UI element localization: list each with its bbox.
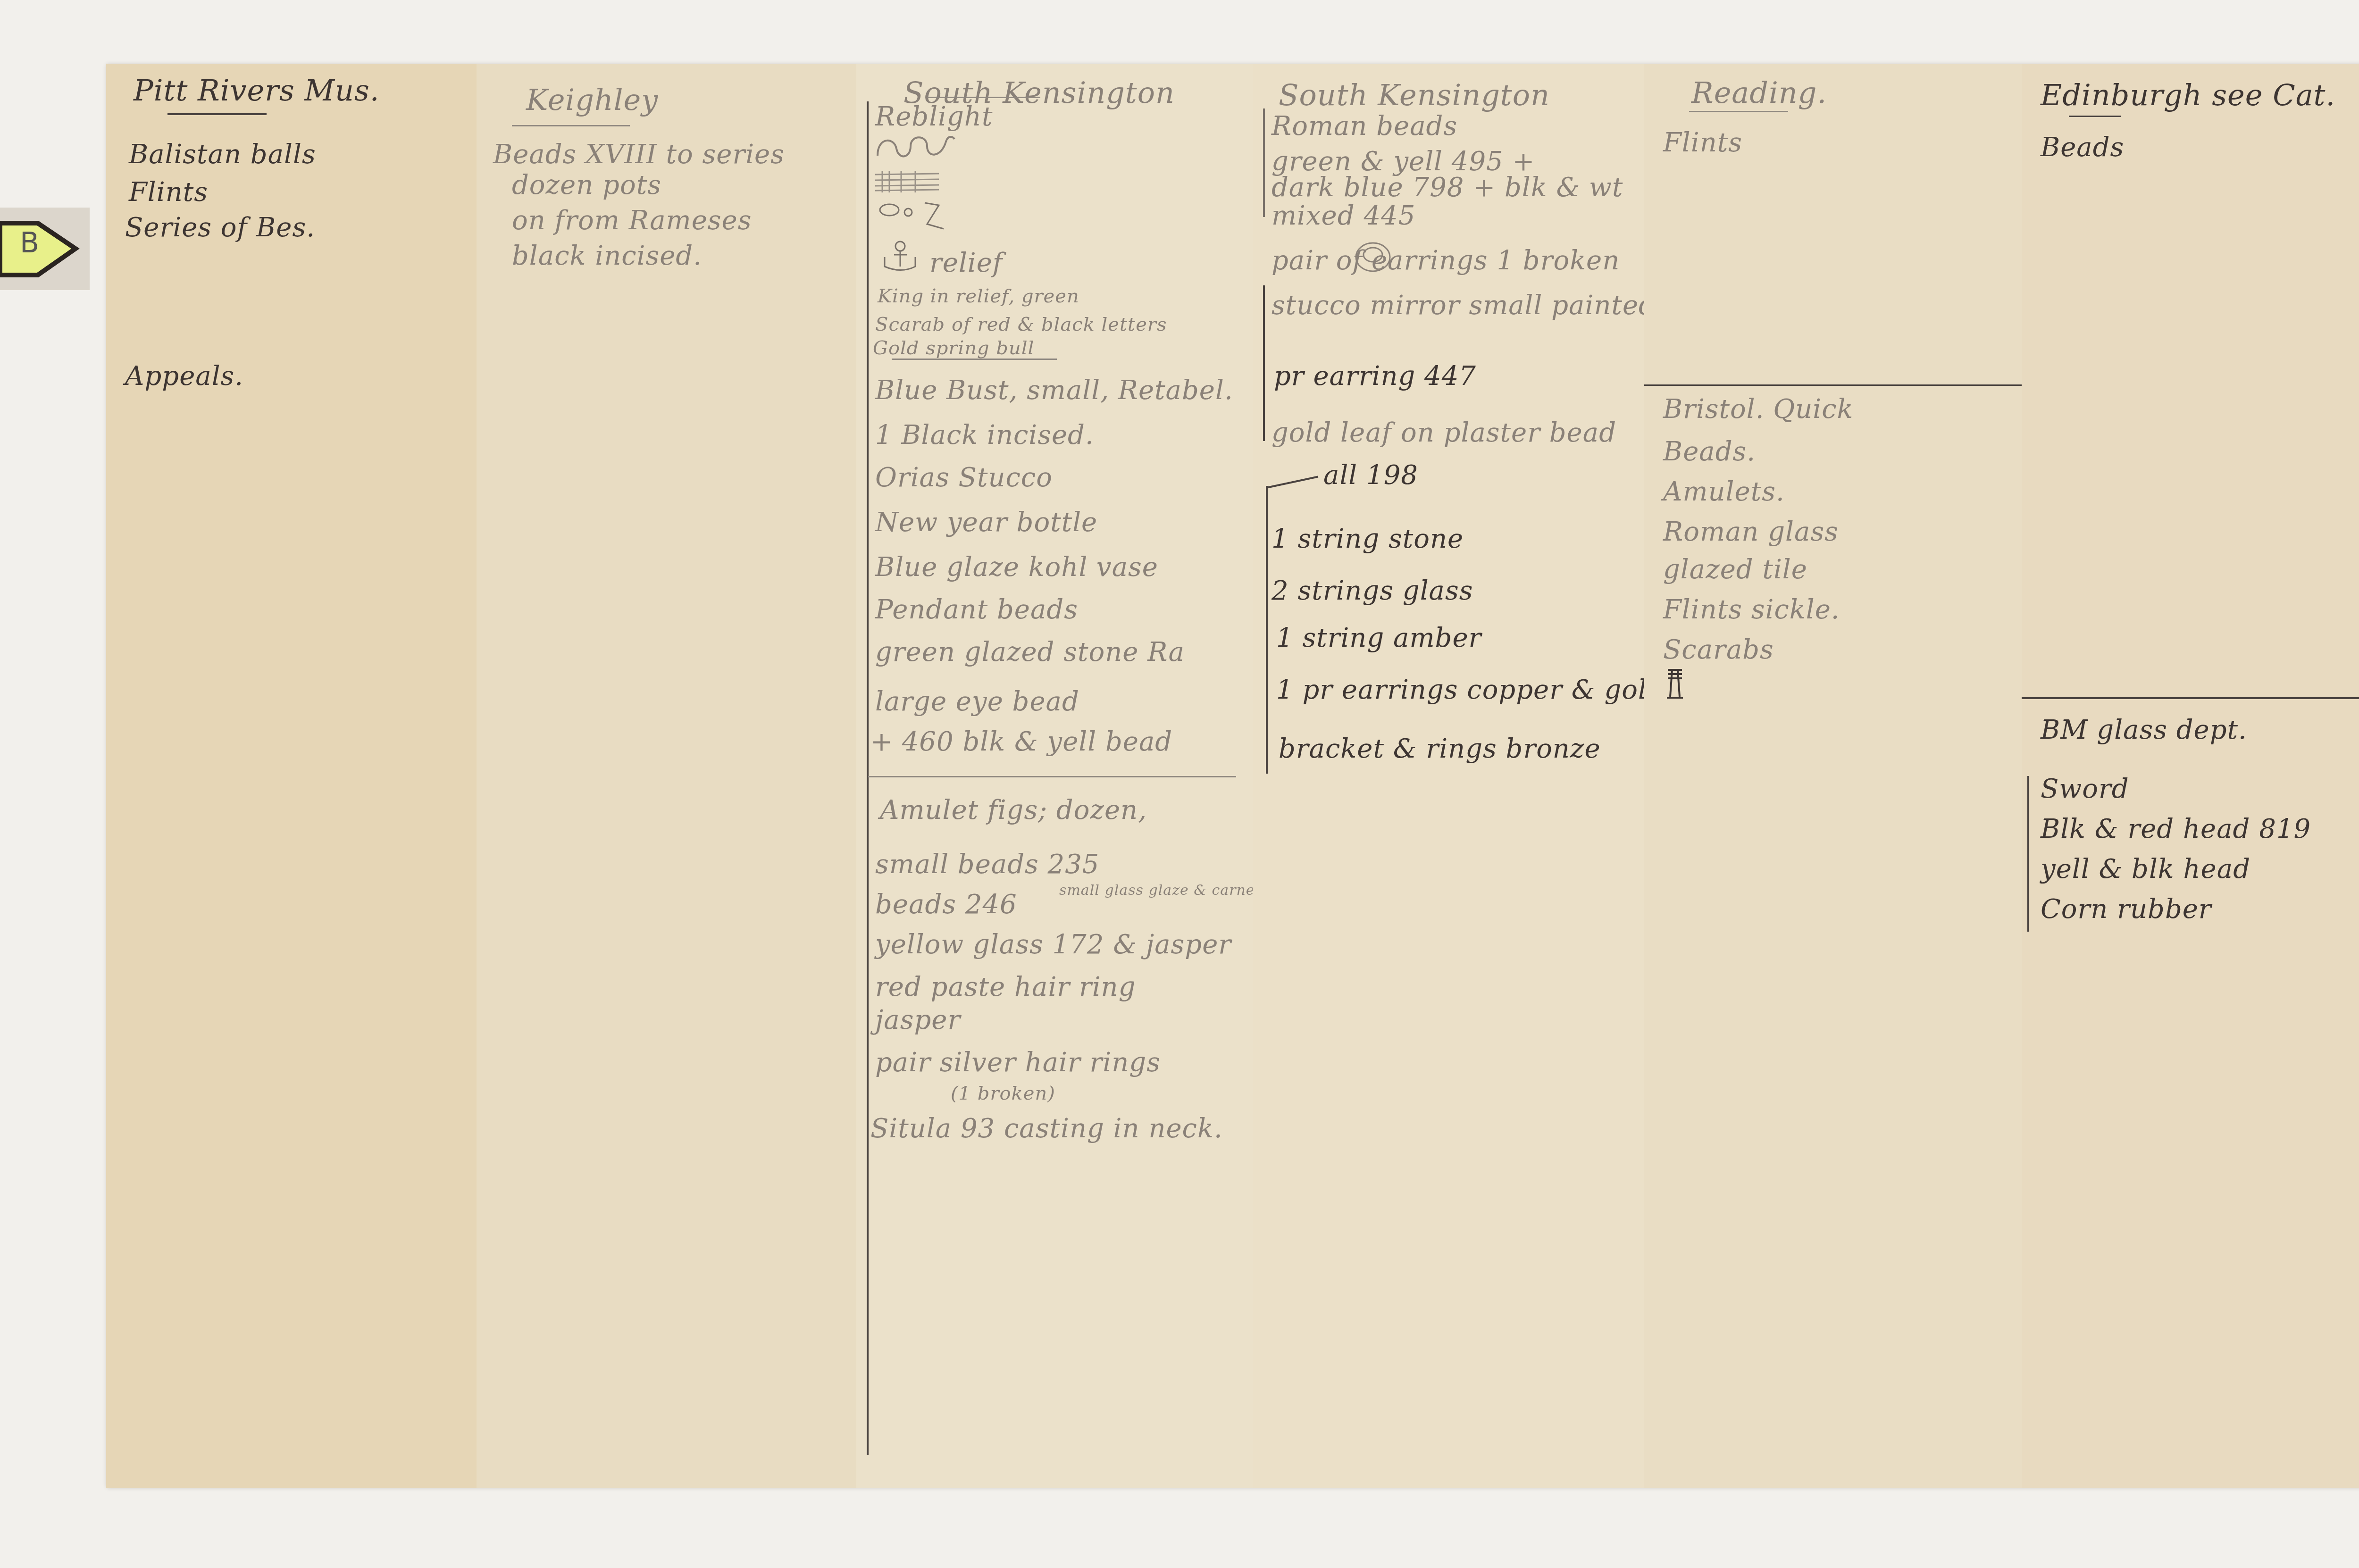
list-item: jasper [875,1005,961,1035]
section-divider [1644,384,2022,386]
list-item: Pendant beads [875,594,1078,625]
list-item: Balistan balls [129,139,316,170]
list-item: Orias Stucco [875,462,1053,493]
list-item: Appeals. [125,361,243,392]
list-item: Roman glass [1663,517,1839,547]
list-item: Beads [2041,132,2124,163]
list-item: King in relief, green [878,285,1079,307]
wave-sketch-icon [875,132,955,160]
list-item: Beads. [1663,436,1756,467]
list-item: Roman beads [1272,111,1457,142]
list-item: relief [929,248,1003,278]
panel-south-kensington-2: South Kensington Roman beads green & yel… [1253,64,1646,1488]
list-item: glazed tile [1663,554,1807,585]
list-item: dozen pots [512,170,661,200]
panel-heading: Keighley [526,83,658,117]
list-item: Reblight [875,101,993,132]
section-divider [2022,697,2359,699]
list-item: Blue glaze kohl vase [875,552,1158,583]
hieroglyph-sketch-icon [878,200,948,234]
annotation: small glass glaze & carnel. [1059,882,1265,899]
section-divider [868,776,1236,777]
list-item: Blue Bust, small, Retabel. [875,375,1233,406]
panel-reading: Reading. Flints Bristol. Quick Beads. Am… [1644,64,2023,1488]
panel-heading: South Kensington [1279,78,1550,112]
list-item: Gold spring bull [873,337,1034,359]
panel-heading: Edinburgh see Cat. [2041,78,2335,112]
group-item: 2 strings glass [1272,575,1473,606]
list-item: beads 246 [875,889,1017,920]
section-divider [892,359,1057,360]
list-item: Beads XVIII to series [493,139,785,170]
margin-bracket [867,101,869,1455]
tab-letter: B [20,226,39,259]
group-bracket [1266,486,1268,774]
list-item: red paste hair ring [875,972,1136,1002]
list-item: yell & blk head [2041,854,2250,884]
basket-ankh-sketch-icon [882,241,920,274]
list-item: large eye bead [875,686,1079,717]
list-item: Blk & red head 819 [2041,814,2311,844]
list-item: on from Rameses [512,205,752,236]
list-item: black incised. [512,241,702,271]
list-item: stucco mirror small painted [1272,290,1656,321]
margin-bracket [1263,285,1265,441]
group-item: bracket & rings bronze [1279,734,1601,764]
group-item: 1 pr earrings copper & gold [1276,675,1665,705]
list-item: Amulets. [1663,476,1785,507]
marker-tab: B [0,208,78,264]
list-item: New year bottle [875,507,1097,538]
heading-underline [1689,111,1788,112]
manuscript-sheet: Pitt Rivers Mus. Balistan balls Flints S… [106,64,2359,1488]
list-item: Scarabs [1663,634,1774,665]
list-item: Situla 93 casting in neck. [870,1113,1223,1144]
arrow-tab-icon [0,219,80,281]
sub-heading: BM glass dept. [2041,715,2247,745]
list-item: Scarab of red & black letters [875,314,1167,335]
heading-underline [927,97,1040,98]
list-item: Corn rubber [2041,894,2212,925]
list-item: pr earring 447 [1274,361,1476,392]
list-item: (1 broken) [951,1083,1055,1104]
list-item: pair silver hair rings [875,1047,1161,1078]
heading-underline [512,125,630,126]
list-item: Series of Bes. [125,212,315,243]
panel-edinburgh: Edinburgh see Cat. Beads BM glass dept. … [2022,64,2359,1488]
panel-heading: Pitt Rivers Mus. [134,73,379,108]
margin-bracket [1263,108,1265,217]
list-item: pair of earrings 1 broken [1272,245,1620,276]
group-item: 1 string stone [1272,524,1464,554]
list-item: Flints [129,177,208,208]
list-item: gold leaf on plaster bead [1272,417,1616,448]
list-item: yellow glass 172 & jasper [875,929,1231,960]
sub-heading: Bristol. Quick [1663,394,1853,425]
list-item: 1 Black incised. [875,420,1094,450]
group-heading: all 198 [1323,460,1418,491]
list-item: dark blue 798 + blk & wt [1272,172,1623,203]
grid-sketch-icon [875,170,941,193]
panel-keighley: Keighley Beads XVIII to series dozen pot… [477,64,858,1488]
list-item: green glazed stone Ra [875,637,1185,667]
margin-bracket [2027,776,2029,932]
heading-underline [167,113,267,115]
panel-heading: Reading. [1691,75,1827,110]
list-item: Flints [1663,127,1742,158]
panel-pitt-rivers: Pitt Rivers Mus. Balistan balls Flints S… [106,64,478,1488]
group-item: 1 string amber [1276,623,1481,653]
list-item: Sword [2041,774,2129,804]
bracket-top [1267,476,1318,489]
panel-south-kensington-1: South Kensington Reblight relief King in… [856,64,1255,1488]
list-item: small beads 235 [875,849,1100,880]
list-item: + 460 blk & yell bead [870,726,1172,757]
list-item: mixed 445 [1272,200,1415,231]
list-item: Amulet figs; dozen, [880,795,1147,826]
heading-underline [2069,116,2121,117]
djed-pillar-sketch-icon [1665,667,1684,701]
list-item: Flints sickle. [1663,594,1840,625]
